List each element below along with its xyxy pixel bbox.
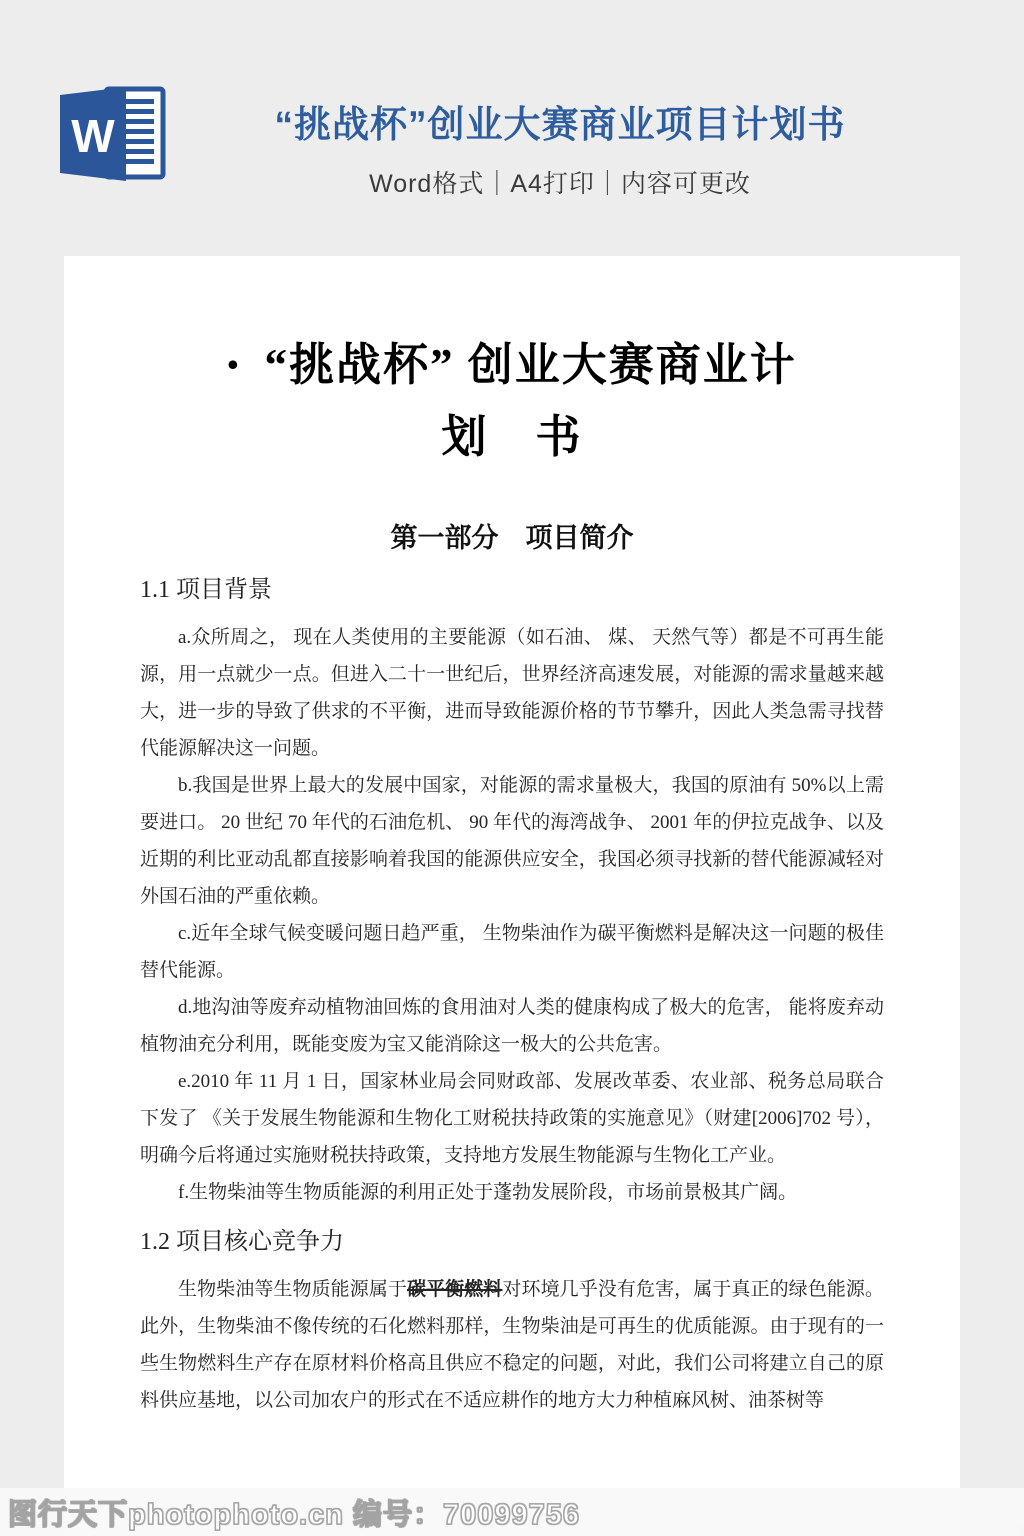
paragraph-background-b: b.我国是世界上最大的发展中国家，对能源的需求量极大，我国的原油有 50%以上需… [140,767,884,915]
bullet-icon: • [227,328,240,400]
paragraph-background-d: d.地沟油等废弃动植物油回炼的食用油对人类的健康构成了极大的危害， 能将废弃动植… [140,989,884,1063]
template-title: “挑战杯”创业大赛商业项目计划书 [96,94,1024,148]
watermark-bar: 图行天下photophoto.cn 编号：70099756 [0,1488,1024,1536]
heading-1-2: 1.2 项目核心竞争力 [140,1225,884,1259]
paragraph-background-f: f.生物柴油等生物质能源的利用正处于蓬勃发展阶段，市场前景极其广阔。 [140,1174,884,1211]
document-page: •“挑战杯” 创业大赛商业计 划 书 第一部分 项目简介 1.1 项目背景 a.… [64,256,960,1536]
heading-1-1: 1.1 项目背景 [140,573,884,607]
paragraph-background-c: c.近年全球气候变暖问题日趋严重， 生物柴油作为碳平衡燃料是解决这一问题的极佳替… [140,915,884,989]
competitiveness-text-before: 生物柴油等生物质能源属于 [178,1279,407,1300]
competitiveness-highlight: 碳平衡燃料 [407,1279,502,1300]
header-text-block: “挑战杯”创业大赛商业项目计划书 Word格式｜A4打印｜内容可更改 [96,94,1024,200]
document-title-line1: “挑战杯” 创业大赛商业计 [264,340,796,390]
watermark-text: 图行天下photophoto.cn 编号：70099756 [8,1492,580,1533]
paragraph-background-a: a.众所周之， 现在人类使用的主要能源（如石油、 煤、 天然气等）都是不可再生能… [140,619,884,767]
header: W “挑战杯”创业大赛商业项目计划书 Word格式｜A4打印｜内容可更改 [0,0,1024,256]
section-heading-part1: 第一部分 项目简介 [140,519,884,557]
document-title: •“挑战杯” 创业大赛商业计 划 书 [140,328,884,473]
template-subtitle: Word格式｜A4打印｜内容可更改 [96,164,1024,200]
paragraph-competitiveness: 生物柴油等生物质能源属于碳平衡燃料对环境几乎没有危害，属于真正的绿色能源。此外，… [140,1271,884,1419]
document-title-line2: 划 书 [140,401,884,473]
document-title-line1-wrap: •“挑战杯” 创业大赛商业计 [140,328,884,401]
paragraph-background-e: e.2010 年 11 月 1 日，国家林业局会同财政部、发展改革委、农业部、税… [140,1063,884,1174]
